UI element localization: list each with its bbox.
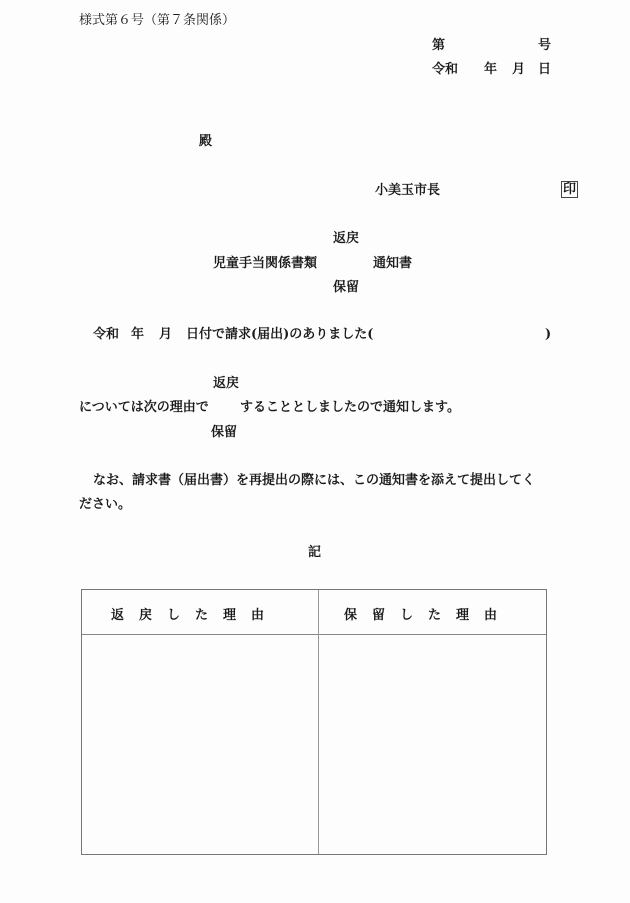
request-text: 日付で請求(届出)のありました( [186, 327, 373, 343]
request-date-month: 月 [159, 327, 172, 343]
note-line-1: なお、請求書（届出書）を再提出の際には、この通知書を添えて提出してく [93, 473, 535, 489]
title-option-hold: 保留 [333, 280, 359, 296]
form-number: 様式第６号（第７条関係） [79, 13, 235, 29]
header-return-reason: 返戻した理由 [111, 604, 279, 623]
request-date-era: 令和 [93, 327, 119, 343]
reason-option-return: 返戻 [213, 376, 239, 392]
date-day: 日 [538, 62, 551, 78]
title-option-return: 返戻 [333, 231, 359, 247]
header-hold-reason: 保留した理由 [344, 604, 512, 623]
note-line-2: ださい。 [79, 497, 131, 513]
reason-text-suffix: することとしましたので通知します。 [240, 400, 460, 416]
date-year: 年 [484, 62, 497, 78]
document-number-prefix: 第 [432, 38, 445, 54]
seal-icon: 印 [561, 181, 578, 198]
title-suffix: 通知書 [373, 256, 412, 272]
date-month: 月 [512, 62, 525, 78]
request-close-paren: ) [545, 327, 551, 343]
reasons-table: 返戻した理由 保留した理由 [81, 589, 547, 855]
seal-mark: 印 [561, 182, 578, 198]
addressee-suffix: 殿 [199, 134, 212, 150]
reason-option-hold: 保留 [211, 425, 237, 441]
cell-return-reason[interactable] [82, 635, 318, 854]
ki-heading: 記 [308, 545, 321, 561]
cell-hold-reason[interactable] [319, 635, 546, 854]
issuer-name: 小美玉市長 [375, 183, 440, 199]
reason-text-prefix: については次の理由で [79, 400, 209, 416]
request-date-year: 年 [131, 327, 144, 343]
document-number-suffix: 号 [538, 38, 551, 54]
title-main: 児童手当関係書類 [213, 256, 317, 272]
date-era: 令和 [432, 62, 458, 78]
